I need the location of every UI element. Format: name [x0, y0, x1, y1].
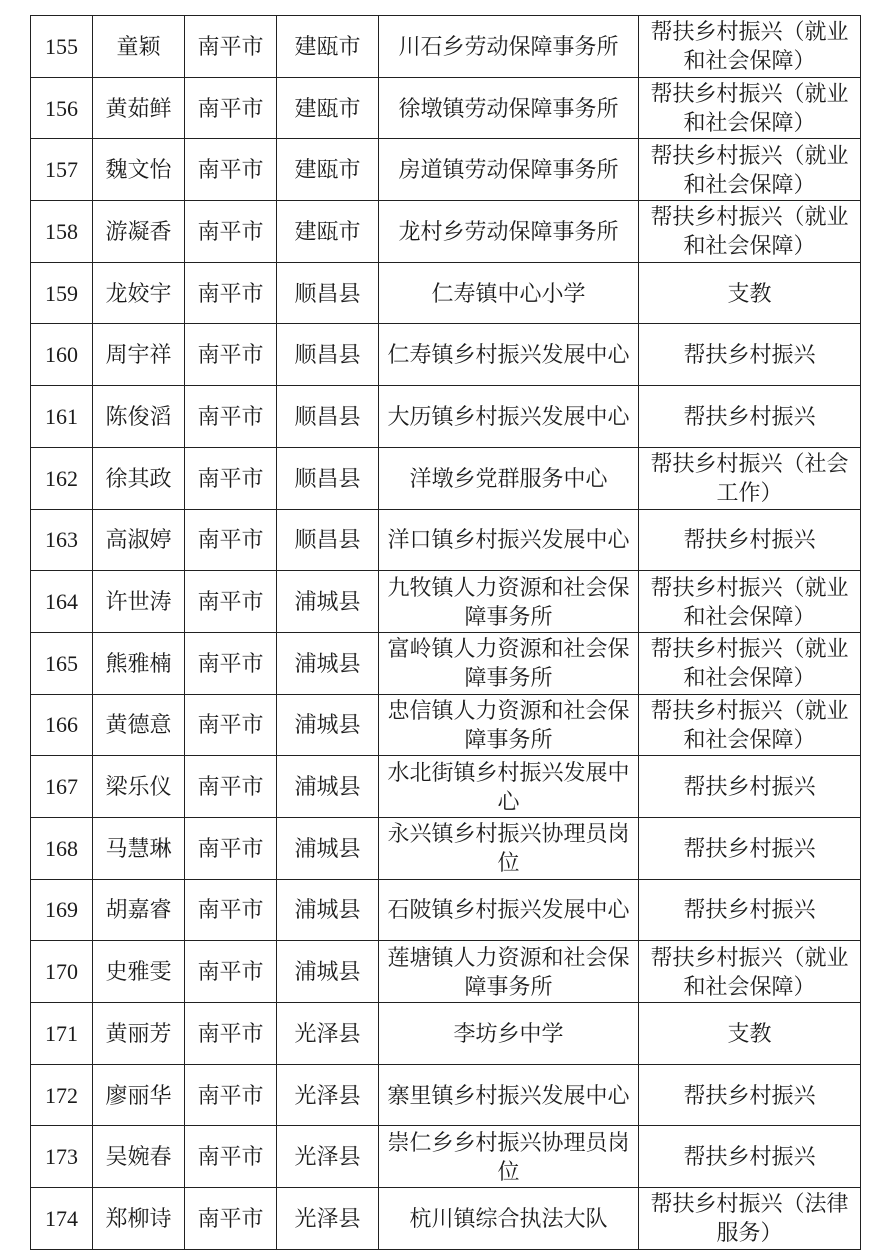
- cell-name: 许世涛: [93, 571, 185, 633]
- cell-organization: 永兴镇乡村振兴协理员岗 位: [379, 817, 639, 879]
- cell-row-number: 158: [31, 201, 93, 263]
- cell-county: 浦城县: [277, 879, 379, 941]
- cell-organization: 龙村乡劳动保障事务所: [379, 201, 639, 263]
- cell-name: 梁乐仪: [93, 756, 185, 818]
- cell-county: 光泽县: [277, 1126, 379, 1188]
- cell-city: 南平市: [185, 77, 277, 139]
- cell-city: 南平市: [185, 941, 277, 1003]
- cell-organization: 大历镇乡村振兴发展中心: [379, 386, 639, 448]
- cell-city: 南平市: [185, 1188, 277, 1250]
- cell-name: 马慧琳: [93, 817, 185, 879]
- cell-position-type: 帮扶乡村振兴（就业 和社会保障）: [639, 571, 861, 633]
- table-row: 160周宇祥南平市顺昌县仁寿镇乡村振兴发展中心帮扶乡村振兴: [31, 324, 861, 386]
- cell-organization: 仁寿镇中心小学: [379, 262, 639, 324]
- cell-organization: 忠信镇人力资源和社会保 障事务所: [379, 694, 639, 756]
- cell-row-number: 155: [31, 16, 93, 78]
- cell-row-number: 165: [31, 632, 93, 694]
- cell-position-type: 帮扶乡村振兴（就业 和社会保障）: [639, 16, 861, 78]
- cell-row-number: 157: [31, 139, 93, 201]
- cell-county: 浦城县: [277, 817, 379, 879]
- cell-organization: 李坊乡中学: [379, 1003, 639, 1065]
- cell-county: 浦城县: [277, 571, 379, 633]
- cell-position-type: 帮扶乡村振兴: [639, 324, 861, 386]
- cell-county: 光泽县: [277, 1188, 379, 1250]
- cell-city: 南平市: [185, 879, 277, 941]
- cell-organization: 房道镇劳动保障事务所: [379, 139, 639, 201]
- cell-row-number: 161: [31, 386, 93, 448]
- cell-name: 龙姣宇: [93, 262, 185, 324]
- table-row: 157魏文怡南平市建瓯市房道镇劳动保障事务所帮扶乡村振兴（就业 和社会保障）: [31, 139, 861, 201]
- cell-organization: 富岭镇人力资源和社会保 障事务所: [379, 632, 639, 694]
- table-row: 174郑柳诗南平市光泽县杭川镇综合执法大队帮扶乡村振兴（法律 服务）: [31, 1188, 861, 1250]
- cell-county: 建瓯市: [277, 77, 379, 139]
- cell-name: 游凝香: [93, 201, 185, 263]
- cell-row-number: 174: [31, 1188, 93, 1250]
- cell-county: 浦城县: [277, 694, 379, 756]
- cell-name: 童颖: [93, 16, 185, 78]
- table-row: 158游凝香南平市建瓯市龙村乡劳动保障事务所帮扶乡村振兴（就业 和社会保障）: [31, 201, 861, 263]
- cell-county: 浦城县: [277, 941, 379, 1003]
- cell-row-number: 168: [31, 817, 93, 879]
- cell-city: 南平市: [185, 262, 277, 324]
- cell-name: 史雅雯: [93, 941, 185, 1003]
- cell-position-type: 帮扶乡村振兴: [639, 817, 861, 879]
- cell-name: 廖丽华: [93, 1064, 185, 1126]
- cell-row-number: 166: [31, 694, 93, 756]
- cell-name: 魏文怡: [93, 139, 185, 201]
- cell-organization: 九牧镇人力资源和社会保 障事务所: [379, 571, 639, 633]
- cell-name: 黄茹鲜: [93, 77, 185, 139]
- cell-county: 浦城县: [277, 756, 379, 818]
- cell-row-number: 167: [31, 756, 93, 818]
- cell-organization: 仁寿镇乡村振兴发展中心: [379, 324, 639, 386]
- cell-name: 高淑婷: [93, 509, 185, 571]
- cell-name: 郑柳诗: [93, 1188, 185, 1250]
- cell-position-type: 帮扶乡村振兴（社会 工作）: [639, 447, 861, 509]
- cell-organization: 杭川镇综合执法大队: [379, 1188, 639, 1250]
- cell-organization: 崇仁乡乡村振兴协理员岗 位: [379, 1126, 639, 1188]
- personnel-assignment-table: 155童颖南平市建瓯市川石乡劳动保障事务所帮扶乡村振兴（就业 和社会保障）156…: [30, 15, 861, 1250]
- cell-county: 顺昌县: [277, 509, 379, 571]
- cell-name: 黄德意: [93, 694, 185, 756]
- cell-name: 陈俊滔: [93, 386, 185, 448]
- cell-position-type: 帮扶乡村振兴（就业 和社会保障）: [639, 941, 861, 1003]
- table-row: 164许世涛南平市浦城县九牧镇人力资源和社会保 障事务所帮扶乡村振兴（就业 和社…: [31, 571, 861, 633]
- cell-row-number: 164: [31, 571, 93, 633]
- table-row: 162徐其政南平市顺昌县洋墩乡党群服务中心帮扶乡村振兴（社会 工作）: [31, 447, 861, 509]
- cell-county: 光泽县: [277, 1064, 379, 1126]
- cell-organization: 石陂镇乡村振兴发展中心: [379, 879, 639, 941]
- cell-city: 南平市: [185, 139, 277, 201]
- cell-position-type: 帮扶乡村振兴（就业 和社会保障）: [639, 201, 861, 263]
- cell-city: 南平市: [185, 817, 277, 879]
- cell-row-number: 169: [31, 879, 93, 941]
- cell-position-type: 帮扶乡村振兴: [639, 1126, 861, 1188]
- table-row: 169胡嘉睿南平市浦城县石陂镇乡村振兴发展中心帮扶乡村振兴: [31, 879, 861, 941]
- cell-organization: 洋口镇乡村振兴发展中心: [379, 509, 639, 571]
- cell-city: 南平市: [185, 1003, 277, 1065]
- table-row: 168马慧琳南平市浦城县永兴镇乡村振兴协理员岗 位帮扶乡村振兴: [31, 817, 861, 879]
- cell-organization: 洋墩乡党群服务中心: [379, 447, 639, 509]
- cell-county: 顺昌县: [277, 324, 379, 386]
- cell-name: 熊雅楠: [93, 632, 185, 694]
- cell-position-type: 帮扶乡村振兴: [639, 756, 861, 818]
- cell-row-number: 163: [31, 509, 93, 571]
- cell-row-number: 159: [31, 262, 93, 324]
- cell-position-type: 帮扶乡村振兴（就业 和社会保障）: [639, 139, 861, 201]
- cell-city: 南平市: [185, 509, 277, 571]
- cell-row-number: 160: [31, 324, 93, 386]
- cell-row-number: 170: [31, 941, 93, 1003]
- table-row: 170史雅雯南平市浦城县莲塘镇人力资源和社会保 障事务所帮扶乡村振兴（就业 和社…: [31, 941, 861, 1003]
- cell-city: 南平市: [185, 571, 277, 633]
- cell-position-type: 帮扶乡村振兴（就业 和社会保障）: [639, 632, 861, 694]
- table-row: 159龙姣宇南平市顺昌县仁寿镇中心小学支教: [31, 262, 861, 324]
- cell-name: 吴婉春: [93, 1126, 185, 1188]
- cell-name: 胡嘉睿: [93, 879, 185, 941]
- cell-position-type: 帮扶乡村振兴（就业 和社会保障）: [639, 77, 861, 139]
- cell-name: 周宇祥: [93, 324, 185, 386]
- cell-name: 徐其政: [93, 447, 185, 509]
- table-row: 156黄茹鲜南平市建瓯市徐墩镇劳动保障事务所帮扶乡村振兴（就业 和社会保障）: [31, 77, 861, 139]
- table-row: 161陈俊滔南平市顺昌县大历镇乡村振兴发展中心帮扶乡村振兴: [31, 386, 861, 448]
- cell-city: 南平市: [185, 632, 277, 694]
- cell-city: 南平市: [185, 386, 277, 448]
- cell-row-number: 171: [31, 1003, 93, 1065]
- cell-position-type: 帮扶乡村振兴: [639, 879, 861, 941]
- cell-county: 顺昌县: [277, 262, 379, 324]
- cell-organization: 莲塘镇人力资源和社会保 障事务所: [379, 941, 639, 1003]
- cell-city: 南平市: [185, 16, 277, 78]
- cell-position-type: 帮扶乡村振兴: [639, 509, 861, 571]
- cell-position-type: 帮扶乡村振兴（法律 服务）: [639, 1188, 861, 1250]
- cell-county: 建瓯市: [277, 201, 379, 263]
- cell-county: 光泽县: [277, 1003, 379, 1065]
- cell-city: 南平市: [185, 1126, 277, 1188]
- table-row: 171黄丽芳南平市光泽县李坊乡中学支教: [31, 1003, 861, 1065]
- cell-organization: 水北街镇乡村振兴发展中 心: [379, 756, 639, 818]
- table-row: 163高淑婷南平市顺昌县洋口镇乡村振兴发展中心帮扶乡村振兴: [31, 509, 861, 571]
- cell-position-type: 帮扶乡村振兴: [639, 386, 861, 448]
- cell-city: 南平市: [185, 756, 277, 818]
- cell-city: 南平市: [185, 1064, 277, 1126]
- cell-county: 顺昌县: [277, 447, 379, 509]
- table-row: 165熊雅楠南平市浦城县富岭镇人力资源和社会保 障事务所帮扶乡村振兴（就业 和社…: [31, 632, 861, 694]
- cell-city: 南平市: [185, 324, 277, 386]
- cell-row-number: 173: [31, 1126, 93, 1188]
- table-row: 173吴婉春南平市光泽县崇仁乡乡村振兴协理员岗 位帮扶乡村振兴: [31, 1126, 861, 1188]
- table-row: 166黄德意南平市浦城县忠信镇人力资源和社会保 障事务所帮扶乡村振兴（就业 和社…: [31, 694, 861, 756]
- assignment-table-body: 155童颖南平市建瓯市川石乡劳动保障事务所帮扶乡村振兴（就业 和社会保障）156…: [31, 16, 861, 1250]
- table-row: 155童颖南平市建瓯市川石乡劳动保障事务所帮扶乡村振兴（就业 和社会保障）: [31, 16, 861, 78]
- cell-row-number: 172: [31, 1064, 93, 1126]
- cell-county: 建瓯市: [277, 139, 379, 201]
- cell-position-type: 支教: [639, 262, 861, 324]
- cell-name: 黄丽芳: [93, 1003, 185, 1065]
- cell-county: 顺昌县: [277, 386, 379, 448]
- cell-county: 浦城县: [277, 632, 379, 694]
- cell-position-type: 帮扶乡村振兴: [639, 1064, 861, 1126]
- cell-organization: 徐墩镇劳动保障事务所: [379, 77, 639, 139]
- cell-position-type: 支教: [639, 1003, 861, 1065]
- cell-row-number: 162: [31, 447, 93, 509]
- table-row: 167梁乐仪南平市浦城县水北街镇乡村振兴发展中 心帮扶乡村振兴: [31, 756, 861, 818]
- cell-position-type: 帮扶乡村振兴（就业 和社会保障）: [639, 694, 861, 756]
- cell-county: 建瓯市: [277, 16, 379, 78]
- cell-organization: 川石乡劳动保障事务所: [379, 16, 639, 78]
- cell-organization: 寨里镇乡村振兴发展中心: [379, 1064, 639, 1126]
- cell-city: 南平市: [185, 694, 277, 756]
- cell-city: 南平市: [185, 201, 277, 263]
- cell-row-number: 156: [31, 77, 93, 139]
- cell-city: 南平市: [185, 447, 277, 509]
- table-row: 172廖丽华南平市光泽县寨里镇乡村振兴发展中心帮扶乡村振兴: [31, 1064, 861, 1126]
